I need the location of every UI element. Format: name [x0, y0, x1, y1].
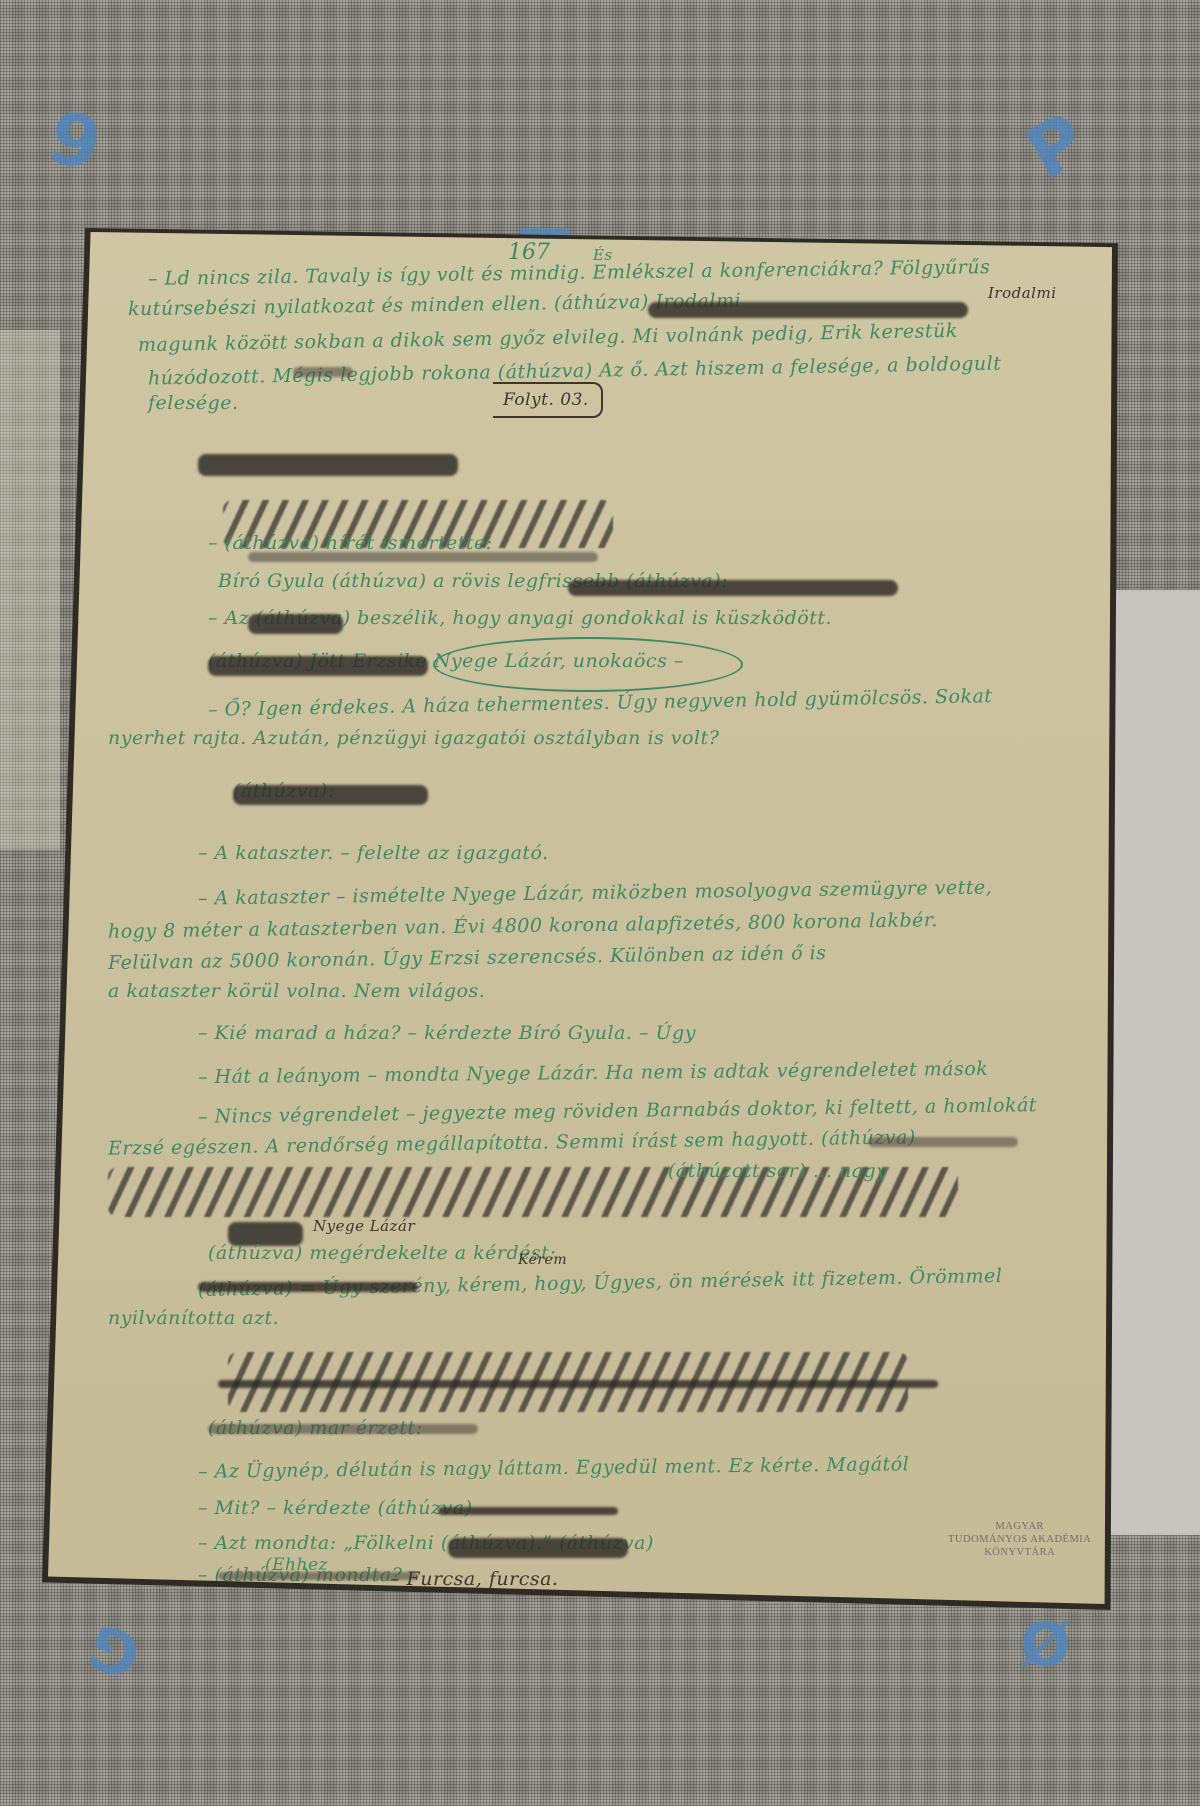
manuscript-line: (áthúzva) megérdekelte a kérdést:: [208, 1242, 556, 1264]
pencil-strikeout: [198, 454, 458, 476]
manuscript-line: – (áthúzva) hírét ismertette:: [208, 532, 493, 554]
manuscript-line: nyerhet rajta. Azután, pénzügyi igazgató…: [108, 727, 719, 749]
manuscript-line: – Az Ügynép, délután is nagy láttam. Egy…: [198, 1453, 909, 1482]
pencil-strikeout: [378, 1782, 548, 1802]
blue-crayon-mark-bottom-right: Ø: [1020, 1615, 1071, 1675]
manuscript-line: – Furcsa, furcsa.: [390, 1568, 558, 1590]
manuscript-line: – Egészen komolyan. Úgy, ahogy mostan.: [203, 1602, 618, 1624]
pencil-strikeout: [478, 1644, 618, 1664]
manuscript-line: – (áthúzva). És maié értette ezt (áthúzv…: [198, 1637, 867, 1659]
pencil-strikeout: [218, 1752, 368, 1770]
pencil-strikeout: [208, 1424, 478, 1434]
blue-crayon-mark-top-left: 9: [42, 100, 109, 183]
manuscript-line: – (áthúzva) Barnabás doktorra tekintve (…: [198, 1707, 713, 1729]
pencil-strikeout: [868, 1137, 1018, 1147]
pencil-strikeout: [218, 1380, 938, 1388]
blue-crayon-mark-top-right: P: [1016, 102, 1098, 191]
manuscript-line: – A kataszter – ismételte Nyege Lázár, m…: [198, 876, 992, 909]
manuscript-line: – Kié marad a háza? – kérdezte Bíró Gyul…: [198, 1022, 696, 1044]
pencil-strikeout: [233, 785, 428, 805]
margin-note-kerem: Kérem: [518, 1252, 567, 1268]
manuscript-line: (áthúzott sor) ... nagy: [668, 1160, 887, 1182]
pencil-strikeout: [608, 1632, 938, 1640]
backdrop-light-patch: [0, 330, 60, 850]
manuscript-line: – Hát a leányom – mondta Nyege Lázár. Ha…: [198, 1058, 988, 1088]
manuscript-line: hogy 8 méter a kataszterben van. Évi 480…: [108, 909, 938, 943]
stamp-line-3: KÖNYVTÁRA: [948, 1546, 1091, 1559]
manuscript-page: 167 És – Ld nincs zila. Tavaly is így vo…: [48, 232, 1112, 1604]
manuscript-line: felesége.: [148, 392, 239, 414]
pencil-strikeout: [568, 580, 898, 596]
pencil-strikeout: [293, 367, 353, 377]
manuscript-line: (Ehhez: [265, 1555, 328, 1575]
manuscript-line: Erzsé egészen. A rendőrség megállapított…: [108, 1126, 916, 1159]
circled-phrase: [433, 637, 743, 692]
manuscript-line: – Fogalmam sincs – hitt Nyege Lázár.: [198, 1672, 574, 1694]
manuscript-line: a kataszter körül volna. Nem világos.: [108, 980, 485, 1002]
pencil-strikeout: [208, 1750, 968, 1757]
library-stamp: MAGYAR TUDOMÁNYOS AKADÉMIA KÖNYVTÁRA: [948, 1520, 1091, 1559]
manuscript-line: – A kataszter. – felelte az igazgató.: [198, 842, 549, 864]
manuscript-line: – (áthúzva) – mondta ezen. (áthúzva) nag…: [198, 1742, 799, 1764]
manuscript-line: – Nincs végrendelet – jegyezte meg rövid…: [198, 1094, 1037, 1128]
manuscript-line: volt, az üzletfelei hiányán (áthúzva): [83, 1777, 444, 1799]
manuscript-line: – Mit? – kérdezte (áthúzva): [198, 1497, 472, 1519]
pencil-strikeout: [438, 1507, 618, 1515]
margin-note-nyege-lazar: Nyege Lázár: [313, 1217, 415, 1235]
manuscript-line: Felülvan az 5000 koronán. Úgy Erzsi szer…: [108, 942, 827, 974]
page-number: 167: [508, 240, 550, 265]
pencil-strikeout: [248, 614, 343, 634]
manuscript-line: magunk között sokban a dikok sem győz el…: [138, 320, 958, 356]
manuscript-line: nyilvánította azt.: [108, 1307, 279, 1329]
pencil-strikeout: [198, 1714, 998, 1722]
margin-note-irodalmi: Irodalmi: [988, 284, 1057, 302]
pencil-strikeout: [198, 1282, 418, 1292]
manuscript-line: – Ld nincs zila. Tavaly is így volt és m…: [148, 256, 991, 290]
blue-crayon-mark-bottom-left: G: [81, 1613, 148, 1686]
pencil-strikeout: [608, 1744, 743, 1764]
stamp-line-2: TUDOMÁNYOS AKADÉMIA: [948, 1533, 1091, 1546]
pencil-strikeout: [648, 302, 968, 318]
stamp-line-1: MAGYAR: [948, 1520, 1091, 1533]
pencil-strikeout: [208, 656, 428, 676]
pencil-strikeout: [448, 1538, 628, 1558]
note-box: [493, 382, 603, 418]
